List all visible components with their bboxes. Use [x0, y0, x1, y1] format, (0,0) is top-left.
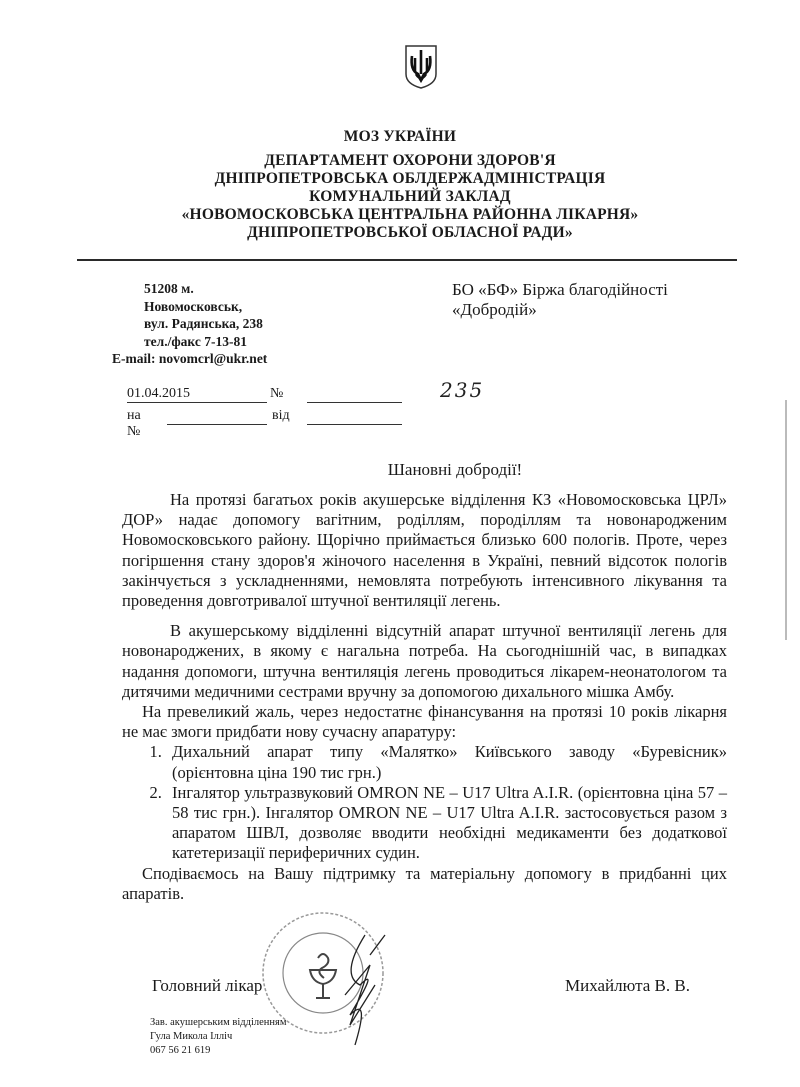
- handwritten-signature-icon: [310, 925, 400, 1055]
- equipment-list: Дихальний апарат типу «Малятко» Київсько…: [122, 742, 727, 863]
- paragraph-4: Сподіваємось на Вашу підтримку та матері…: [122, 864, 727, 904]
- trident-coat-of-arms-icon: [404, 44, 438, 90]
- reference-underline: [167, 424, 267, 425]
- recipient-block: БО «БФ» Біржа благодійності «Добродій»: [452, 280, 668, 320]
- paragraph-2: В акушерському відділенні відсутній апар…: [122, 621, 727, 702]
- council-name: ДНІПРОПЕТРОВСЬКОЇ ОБЛАСНОЇ РАДИ»: [10, 224, 800, 242]
- reference-label: на №: [127, 408, 141, 440]
- postal-code: 51208 м.: [122, 280, 267, 298]
- department-title: ДЕПАРТАМЕНТ ОХОРОНИ ЗДОРОВ'Я: [10, 152, 800, 170]
- number-underline: [307, 402, 402, 403]
- from-label: від: [272, 408, 290, 424]
- handwritten-signature: [310, 925, 400, 1055]
- header-divider: [77, 259, 737, 261]
- institution-type: КОМУНАЛЬНИЙ ЗАКЛАД: [10, 188, 800, 206]
- contact-person: Зав. акушерським відділенням Гула Микола…: [150, 1016, 287, 1058]
- administration-title: ДНІПРОПЕТРОВСЬКА ОБЛДЕРЖАДМІНІСТРАЦІЯ: [10, 170, 800, 188]
- paragraph-1: На протязі багатьох років акушерське від…: [122, 490, 727, 611]
- contact-name: Гула Микола Ілліч: [150, 1030, 287, 1044]
- contact-phone: 067 56 21 619: [150, 1044, 287, 1058]
- letter-body: На протязі багатьох років акушерське від…: [122, 490, 727, 904]
- contact-position: Зав. акушерським відділенням: [150, 1016, 287, 1030]
- letter-date: 01.04.2015: [127, 386, 190, 402]
- list-item: Інгалятор ультразвуковий OMRON NE – U17 …: [166, 783, 727, 864]
- scan-edge-line: [785, 400, 787, 640]
- signatory-title: Головний лікар: [152, 976, 262, 996]
- coat-of-arms-emblem: [404, 44, 438, 90]
- street: вул. Радянська, 238: [122, 315, 267, 333]
- city: Новомосковськ,: [122, 298, 267, 316]
- sender-address: 51208 м. Новомосковськ, вул. Радянська, …: [122, 280, 267, 368]
- institution-name: «НОВОМОСКОВСЬКА ЦЕНТРАЛЬНА РАЙОННА ЛІКАР…: [10, 206, 800, 224]
- letter-number: 235: [440, 378, 484, 402]
- list-item: Дихальний апарат типу «Малятко» Київсько…: [166, 742, 727, 782]
- number-label: №: [270, 386, 283, 402]
- phone-fax: тел./факс 7-13-81: [122, 333, 267, 351]
- letterhead: МОЗ УКРАЇНИ ДЕПАРТАМЕНТ ОХОРОНИ ЗДОРОВ'Я…: [0, 128, 800, 242]
- greeting: Шановні добродії!: [0, 460, 800, 480]
- recipient-line-1: БО «БФ» Біржа благодійності: [452, 280, 668, 300]
- from-underline: [307, 424, 402, 425]
- email: E-mail: novomcrl@ukr.net: [112, 350, 267, 368]
- ministry-title: МОЗ УКРАЇНИ: [0, 128, 800, 146]
- recipient-line-2: «Добродій»: [452, 300, 668, 320]
- signatory-name: Михайлюта В. В.: [565, 976, 690, 996]
- paragraph-3: На превеликий жаль, через недостатнє фін…: [122, 702, 727, 742]
- date-underline: [127, 402, 267, 403]
